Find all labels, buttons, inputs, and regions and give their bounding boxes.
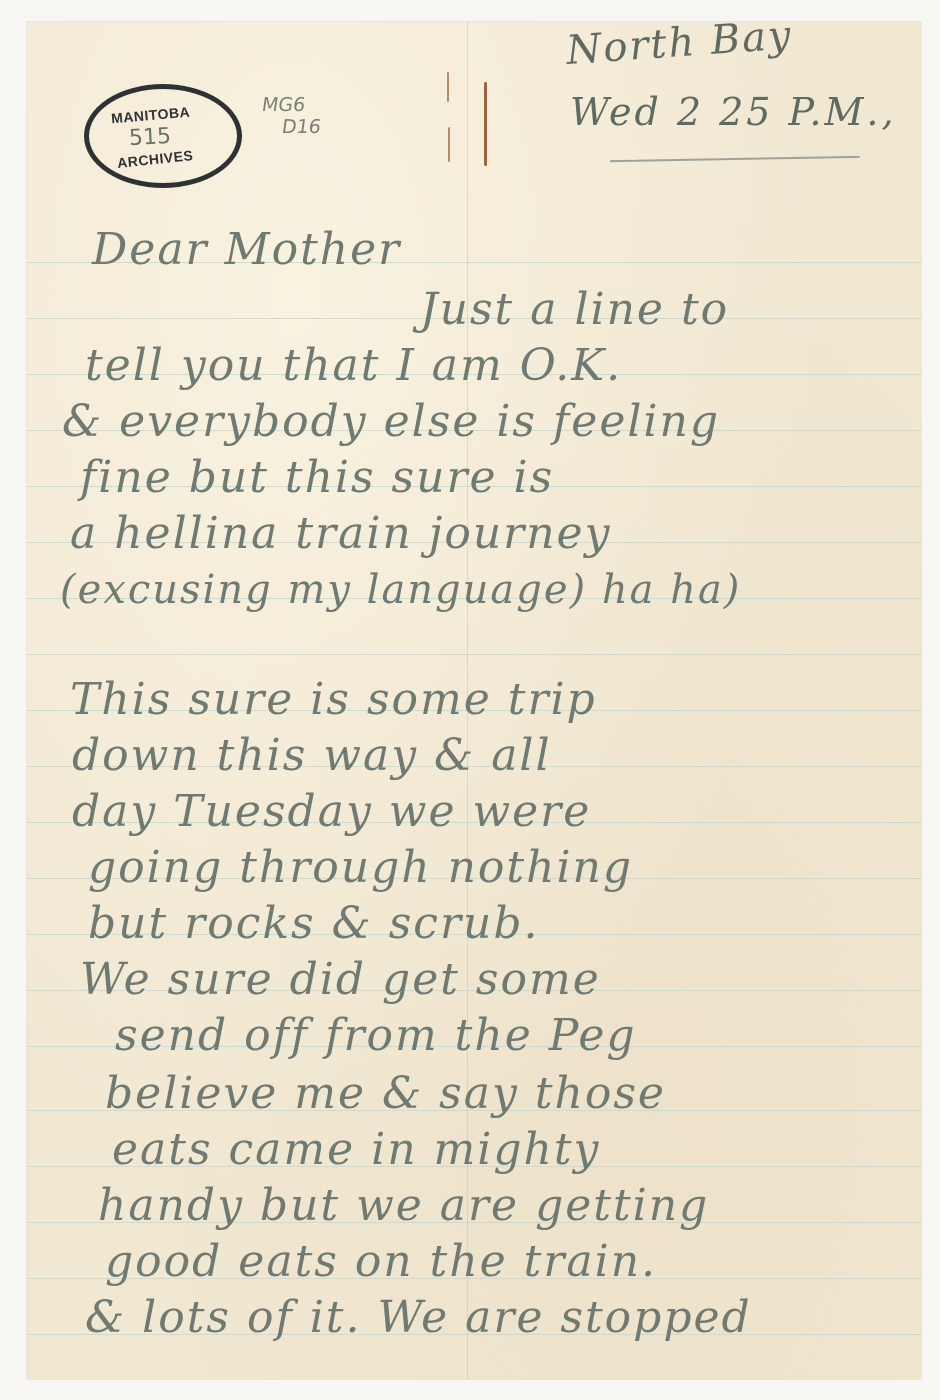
letter-line: Just a line to — [420, 282, 729, 338]
salutation: Dear Mother — [92, 222, 401, 278]
letter-line: eats came in mighty — [112, 1122, 600, 1178]
stamp-bottom-text: ARCHIVES — [116, 147, 194, 171]
stamp-number: 515 — [128, 124, 171, 151]
letter-line: a hellina train journey — [70, 506, 611, 562]
letter-line: believe me & say those — [105, 1066, 666, 1122]
letter-line: but rocks & scrub. — [88, 896, 539, 952]
rust-mark — [447, 72, 449, 102]
letter-line: & lots of it. We are stopped — [85, 1290, 752, 1346]
header-date: Wed 2 25 P.M., — [570, 90, 897, 134]
letter-line: good eats on the train. — [105, 1234, 657, 1290]
letter-line: down this way & all — [72, 728, 552, 784]
rust-mark — [484, 82, 487, 166]
letter-line: send off from the Peg — [115, 1008, 637, 1064]
ruled-line — [27, 654, 921, 655]
catalog-mark: MG6 D16 — [262, 94, 321, 138]
catalog-line-2: D16 — [260, 116, 322, 138]
rust-mark — [448, 127, 450, 162]
letter-line: handy but we are getting — [98, 1178, 709, 1234]
catalog-line-1: MG6 — [260, 94, 322, 116]
archives-stamp: MANITOBA 515 ARCHIVES — [84, 84, 242, 188]
letter-line: This sure is some trip — [70, 672, 597, 728]
stamp-top-text: MANITOBA — [110, 104, 190, 127]
letter-line: & everybody else is feeling — [62, 394, 720, 450]
letter-line: tell you that I am O.K. — [85, 338, 622, 394]
letter-line: fine but this sure is — [80, 450, 554, 506]
letter-line: day Tuesday we were — [72, 784, 591, 840]
letter-line: going through nothing — [88, 840, 633, 896]
letter-line: We sure did get some — [80, 952, 601, 1008]
letter-line: (excusing my language) ha ha) — [60, 562, 741, 618]
